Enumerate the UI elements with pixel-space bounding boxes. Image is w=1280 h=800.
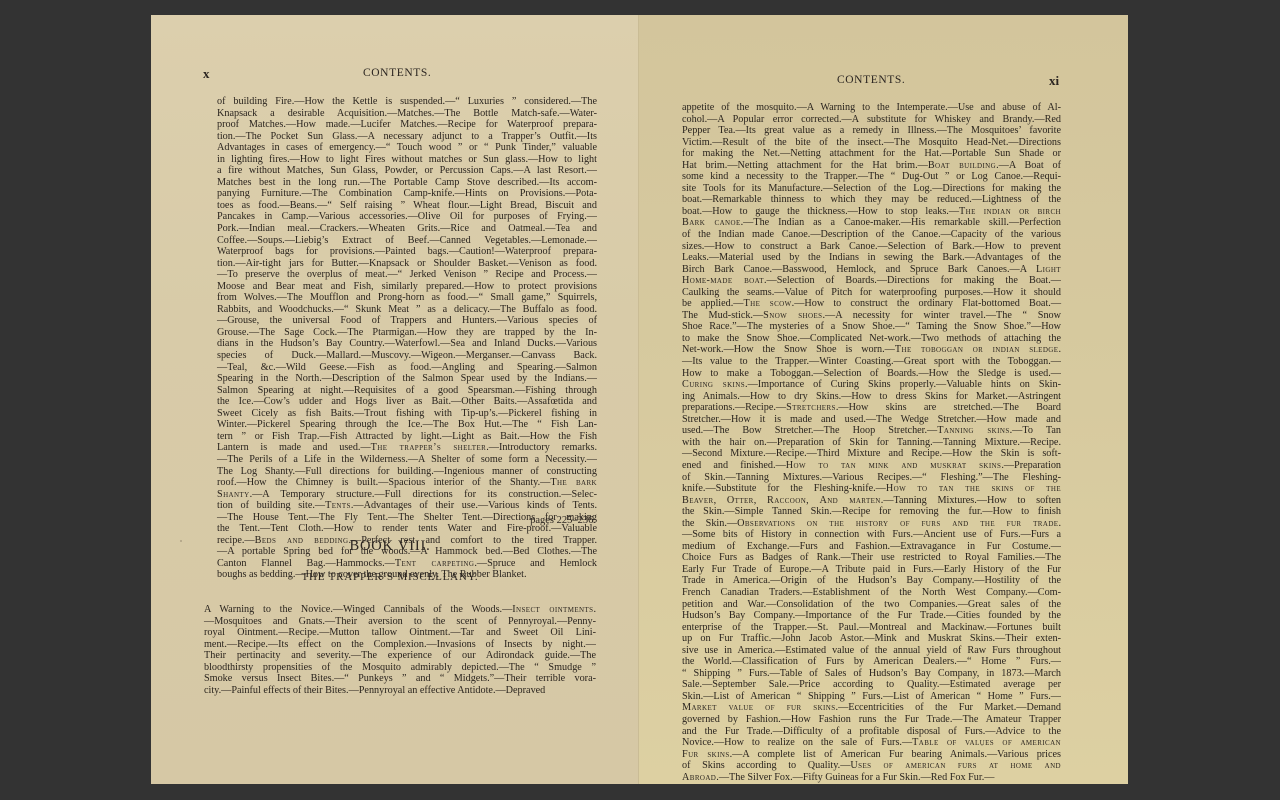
text-line: site Tools for its Manufacture.—Selectio… bbox=[682, 183, 1061, 195]
text-line: bloodthirsty propensities of the Mosquit… bbox=[204, 662, 596, 674]
page-number-right: xi bbox=[1049, 73, 1059, 89]
text-line: Advantages in cases of emergency.—“ Touc… bbox=[217, 142, 597, 154]
text-line: for making the Net.—Netting attachment f… bbox=[682, 148, 1061, 160]
text-line: toes as food.—Beans.—“ Self raising ” Wh… bbox=[217, 200, 597, 212]
text-line: —Some bits of History in connection with… bbox=[682, 529, 1061, 541]
pages-reference: pages 225–236. bbox=[530, 515, 596, 526]
text-line: Novice.—How to realize on the sale of Fu… bbox=[682, 737, 1061, 749]
text-line: enterprise of the Trapper.—St. Paul.—Mon… bbox=[682, 622, 1061, 634]
text-line: The Log Shanty.—Full directions for buil… bbox=[217, 466, 597, 478]
text-line: Moose and Bear meat and Fish, similarly … bbox=[217, 281, 597, 293]
text-line: Hat brim.—Netting attachment for the Hat… bbox=[682, 160, 1061, 172]
text-line: —To preserve the overplus of meat.—“ Jer… bbox=[217, 269, 597, 281]
text-line: Grouse.—The Sage Cock.—The Ptarmigan.—Ho… bbox=[217, 327, 597, 339]
text-line: Matches best in the long run.—The Portab… bbox=[217, 177, 597, 189]
text-line: Trade in America.—Origin of the Hudson’s… bbox=[682, 575, 1061, 587]
text-line: Leaks.—Material used by the Indians in s… bbox=[682, 252, 1061, 264]
text-line: the World.—Classification of Furs by Ame… bbox=[682, 656, 1061, 668]
text-line: Fur skins.—A complete list of American F… bbox=[682, 749, 1061, 761]
text-line: Pork.—Indian meal.—Crackers.—Wheaten Gri… bbox=[217, 223, 597, 235]
text-line: Sale.—September Sale.—Price according to… bbox=[682, 679, 1061, 691]
text-line: cohol.—A Popular error corrected.—A subs… bbox=[682, 114, 1061, 126]
text-line: —Its value to the Trapper.—Winter Coasti… bbox=[682, 356, 1061, 368]
text-line: roof.—How the Chimney is built.—Spacious… bbox=[217, 477, 597, 489]
text-line: in lighting fires.—How to light Fires wi… bbox=[217, 154, 597, 166]
paper-speck bbox=[289, 577, 291, 579]
text-line: tern ” or Fish Trap.—Fish Attracted by l… bbox=[217, 431, 597, 443]
text-line: tion.—Air-tight jars for Butter.—Knapsac… bbox=[217, 258, 597, 270]
text-line: of building Fire.—How the Kettle is susp… bbox=[217, 96, 597, 108]
text-line: Knapsack a desirable Acquisition.—Matche… bbox=[217, 108, 597, 120]
text-line: the Ice.—Cow’s udder and Hogs liver as B… bbox=[217, 396, 597, 408]
text-line: The Mud-stick.—Snow shoes.—A necessity f… bbox=[682, 310, 1061, 322]
text-line: Stretcher.—How it is made and used.—The … bbox=[682, 414, 1061, 426]
text-line: city.—Painful effects of their Bites.—Pe… bbox=[204, 685, 596, 697]
text-line: Coffee.—Soups.—Liebig’s Extract of Beef.… bbox=[217, 235, 597, 247]
text-line: proof Matches.—How made.—Lucifer Matches… bbox=[217, 119, 597, 131]
text-line: Abroad.—The Silver Fox.—Fifty Guineas fo… bbox=[682, 772, 1061, 784]
text-line: dians in the Hudson’s Bay Country.—Water… bbox=[217, 338, 597, 350]
text-line: of Skins according to Quality.—Uses of a… bbox=[682, 760, 1061, 772]
text-line: A Warning to the Novice.—Winged Cannibal… bbox=[204, 604, 596, 616]
text-line: Spearing in the North.—Description of th… bbox=[217, 373, 597, 385]
text-line: Caulking the seams.—Value of Pitch for w… bbox=[682, 287, 1061, 299]
text-line: Net-work.—How the Snow Shoe is worn.—The… bbox=[682, 344, 1061, 356]
book-subheading: THE TRAPPER’S MISCELLANY. bbox=[151, 571, 634, 583]
text-line: to make the Snow Shoe.—Complicated Net-w… bbox=[682, 333, 1061, 345]
paper-speck bbox=[981, 744, 983, 746]
text-line: ment.—Recipe.—Its effect on the Complexi… bbox=[204, 639, 596, 651]
text-line: species of Duck.—Mallard.—Muscovy.—Wigeo… bbox=[217, 350, 597, 362]
text-line: the Skin.—Simple Tanned Skin.—Recipe for… bbox=[682, 506, 1061, 518]
text-line: Hudson’s Bay Company.—Importance of the … bbox=[682, 610, 1061, 622]
text-line: Market value of fur skins.—Eccentricitie… bbox=[682, 702, 1061, 714]
text-line: Shoe Race.”—The mysteries of a Snow Shoe… bbox=[682, 321, 1061, 333]
text-line: —Mosquitoes and Gnats.—Their aversion to… bbox=[204, 616, 596, 628]
text-line: boat.—How to gauge the thickness.—How to… bbox=[682, 206, 1061, 218]
right-page: CONTENTS. xi appetite of the mosquito.—A… bbox=[639, 15, 1128, 784]
text-line: governed by Fashion.—How Fashion runs th… bbox=[682, 714, 1061, 726]
text-line: Beaver, Otter, Raccoon, And marten.—Tann… bbox=[682, 495, 1061, 507]
text-line: “ Shipping ” Furs.—Table of Sales of Hud… bbox=[682, 668, 1061, 680]
text-line: royal Ointment.—Recipe.—Mutton tallow Oi… bbox=[204, 627, 596, 639]
text-line: some kind a necessity to the Trapper.—Th… bbox=[682, 171, 1061, 183]
text-line: Winter.—Pickerel Spearing through the Ic… bbox=[217, 419, 597, 431]
text-line: up on Fur Traffic.—John Jacob Astor.—Min… bbox=[682, 633, 1061, 645]
text-line: Birch Bark Canoe.—Basswood, Hemlock, and… bbox=[682, 264, 1061, 276]
text-line: the Skin.—Observations on the history of… bbox=[682, 518, 1061, 530]
book-spread: x CONTENTS. of building Fire.—How the Ke… bbox=[151, 15, 1128, 784]
running-head-right: CONTENTS. bbox=[837, 74, 905, 86]
text-line: of Skin.—Tanning Mixtures.—Various Recip… bbox=[682, 472, 1061, 484]
text-line: medium of Exchange.—Furs and Fashion.—Ex… bbox=[682, 541, 1061, 553]
text-line: sive use in America.—Estimated value of … bbox=[682, 645, 1061, 657]
text-line: tion.—The Pocket Sun Glass.—A necessary … bbox=[217, 131, 597, 143]
book-heading: BOOK VIII. bbox=[151, 538, 634, 555]
text-line: Waterproof bags for provisions.—Painted … bbox=[217, 246, 597, 258]
text-line: tion of building site.—Tents.—Advantages… bbox=[217, 500, 597, 512]
paper-speck bbox=[180, 540, 182, 542]
text-line: boat.—Remarkable thinness to which they … bbox=[682, 194, 1061, 206]
text-line: Canton Flannel Bag.—Hammocks.—Tent carpe… bbox=[217, 558, 597, 570]
text-line: How to make a Toboggan.—Selection of Boa… bbox=[682, 368, 1061, 380]
text-line: Shanty.—A Temporary structure.—Full dire… bbox=[217, 489, 597, 501]
text-line: Pepper Tea.—Its great value as a remedy … bbox=[682, 125, 1061, 137]
text-line: with the hair on.—Preparation of Skin fo… bbox=[682, 437, 1061, 449]
text-line: and the Fur Trade.—Difficulty of a profi… bbox=[682, 726, 1061, 738]
text-line: petition and War.—Consolidation of the t… bbox=[682, 599, 1061, 611]
text-line: Choice Furs as Badges of Rank.—Their use… bbox=[682, 552, 1061, 564]
text-line: Curing skins.—Importance of Curing Skins… bbox=[682, 379, 1061, 391]
text-line: sizes.—How to construct a Bark Canoe.—Se… bbox=[682, 241, 1061, 253]
text-line: ened and finished.—How to tan mink and m… bbox=[682, 460, 1061, 472]
text-line: Salmon Spearing at night.—Requisites of … bbox=[217, 385, 597, 397]
left-page: x CONTENTS. of building Fire.—How the Ke… bbox=[151, 15, 639, 784]
text-line: Rabbits, and Woodchucks.—“ Skunk Meat ” … bbox=[217, 304, 597, 316]
contents-text-left: of building Fire.—How the Kettle is susp… bbox=[217, 96, 597, 581]
text-line: —Teal, &c.—Wild Geese.—Fish as food.—Ang… bbox=[217, 362, 597, 374]
text-line: Smoke versus Insect Bites.—“ Punkeys ” a… bbox=[204, 673, 596, 685]
text-line: French Canadian Traders.—Establishment o… bbox=[682, 587, 1061, 599]
text-line: be applied.—The scow.—How to construct t… bbox=[682, 298, 1061, 310]
text-line: preparations.—Recipe.—Stretchers.—How sk… bbox=[682, 402, 1061, 414]
text-line: Early Fur Trade of Europe.—A Tribute pai… bbox=[682, 564, 1061, 576]
text-line: panying Furniture.—The Combination Camp-… bbox=[217, 188, 597, 200]
text-line: of the Indian made Canoe.—Description of… bbox=[682, 229, 1061, 241]
contents-text-right: appetite of the mosquito.—A Warning to t… bbox=[682, 102, 1061, 783]
text-line: Victim.—Result of the bite of the insect… bbox=[682, 137, 1061, 149]
page-number-left: x bbox=[203, 66, 210, 82]
text-line: a fire without Matches, Sun Glass, Powde… bbox=[217, 165, 597, 177]
text-line: knife.—Substitute for the Fleshing-knife… bbox=[682, 483, 1061, 495]
text-line: Home-made boat.—Selection of Boards.—Dir… bbox=[682, 275, 1061, 287]
text-line: —Second Mixture.—Recipe.—Third Mixture a… bbox=[682, 448, 1061, 460]
book-viii-contents-text: A Warning to the Novice.—Winged Cannibal… bbox=[204, 604, 596, 696]
text-line: Their pertinacity and severity.—The expe… bbox=[204, 650, 596, 662]
text-line: Pancakes in Camp.—Various accessories.—O… bbox=[217, 211, 597, 223]
text-line: Sweet Cicely as fish Baits.—Trout fishin… bbox=[217, 408, 597, 420]
text-line: used.—The Bow Stretcher.—The Hoop Stretc… bbox=[682, 425, 1061, 437]
text-line: ing Animals.—How to dry Skins.—How to dr… bbox=[682, 391, 1061, 403]
text-line: —Grouse, the universal Food of Trappers … bbox=[217, 315, 597, 327]
text-line: —The Perils of a Life in the Wilderness.… bbox=[217, 454, 597, 466]
text-line: Skin.—List of American “ Shipping ” Furs… bbox=[682, 691, 1061, 703]
text-line: from Wolves.—The Moufflon and Prong-horn… bbox=[217, 292, 597, 304]
text-line: Lantern is made and used.—The trapper’s … bbox=[217, 442, 597, 454]
text-line: appetite of the mosquito.—A Warning to t… bbox=[682, 102, 1061, 114]
text-line: Bark canoe.—The Indian as a Canoe-maker.… bbox=[682, 217, 1061, 229]
running-head-left: CONTENTS. bbox=[363, 67, 431, 79]
